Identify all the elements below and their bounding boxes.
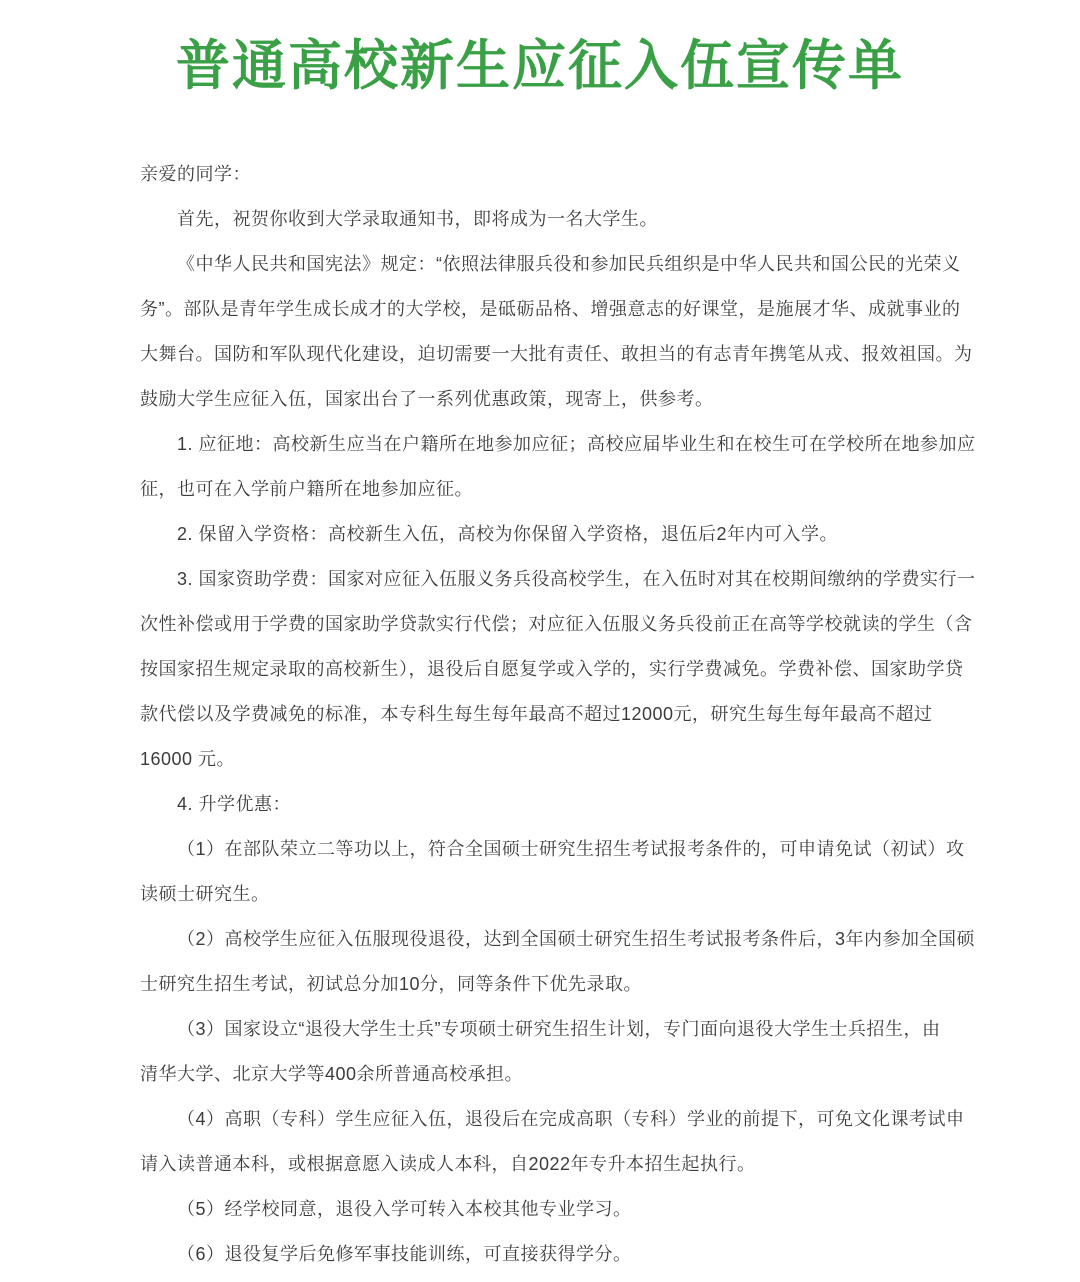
body-line: 16000 元。 — [140, 737, 952, 782]
body-line: 《中华人民共和国宪法》规定：“依照法律服兵役和参加民兵组织是中华人民共和国公民的… — [140, 242, 952, 287]
body-line: （4）高职（专科）学生应征入伍，退役后在完成高职（专科）学业的前提下，可免文化课… — [140, 1097, 952, 1142]
body-line: 亲爱的同学： — [140, 152, 952, 197]
body-line: 1. 应征地：高校新生应当在户籍所在地参加应征；高校应届毕业生和在校生可在学校所… — [140, 422, 952, 467]
body-line: 征，也可在入学前户籍所在地参加应征。 — [140, 467, 952, 512]
body-line: 次性补偿或用于学费的国家助学贷款实行代偿；对应征入伍服义务兵役前正在高等学校就读… — [140, 602, 952, 647]
body-line: 款代偿以及学费减免的标准，本专科生每生每年最高不超过12000元，研究生每生每年… — [140, 692, 952, 737]
body-line: 2. 保留入学资格：高校新生入伍，高校为你保留入学资格，退伍后2年内可入学。 — [140, 512, 952, 557]
body-line: 读硕士研究生。 — [140, 872, 952, 917]
body-line: （6）退役复学后免修军事技能训练，可直接获得学分。 — [140, 1232, 952, 1277]
page-title: 普通高校新生应征入伍宣传单 — [0, 34, 1080, 99]
body-line: 首先，祝贺你收到大学录取通知书，即将成为一名大学生。 — [140, 197, 952, 242]
body-line: 务”。部队是青年学生成长成才的大学校，是砥砺品格、增强意志的好课堂，是施展才华、… — [140, 287, 952, 332]
body-line: （3）国家设立“退役大学生士兵”专项硕士研究生招生计划，专门面向退役大学生士兵招… — [140, 1007, 952, 1052]
body-line: 3. 国家资助学费：国家对应征入伍服义务兵役高校学生，在入伍时对其在校期间缴纳的… — [140, 557, 952, 602]
body-line: （2）高校学生应征入伍服现役退役，达到全国硕士研究生招生考试报考条件后，3年内参… — [140, 917, 952, 962]
body-line: （1）在部队荣立二等功以上，符合全国硕士研究生招生考试报考条件的，可申请免试（初… — [140, 827, 952, 872]
body-line: 清华大学、北京大学等400余所普通高校承担。 — [140, 1052, 952, 1097]
body-line: 4. 升学优惠： — [140, 782, 952, 827]
body-line: 大舞台。国防和军队现代化建设，迫切需要一大批有责任、敢担当的有志青年携笔从戎、报… — [140, 332, 952, 377]
document-body: 亲爱的同学：首先，祝贺你收到大学录取通知书，即将成为一名大学生。《中华人民共和国… — [140, 152, 952, 1277]
body-line: （5）经学校同意，退役入学可转入本校其他专业学习。 — [140, 1187, 952, 1232]
flyer-page: 普通高校新生应征入伍宣传单 亲爱的同学：首先，祝贺你收到大学录取通知书，即将成为… — [0, 0, 1080, 1282]
body-line: 士研究生招生考试，初试总分加10分，同等条件下优先录取。 — [140, 962, 952, 1007]
body-line: 鼓励大学生应征入伍，国家出台了一系列优惠政策，现寄上，供参考。 — [140, 377, 952, 422]
body-line: 请入读普通本科，或根据意愿入读成人本科，自2022年专升本招生起执行。 — [140, 1142, 952, 1187]
body-line: 按国家招生规定录取的高校新生），退役后自愿复学或入学的，实行学费减免。学费补偿、… — [140, 647, 952, 692]
